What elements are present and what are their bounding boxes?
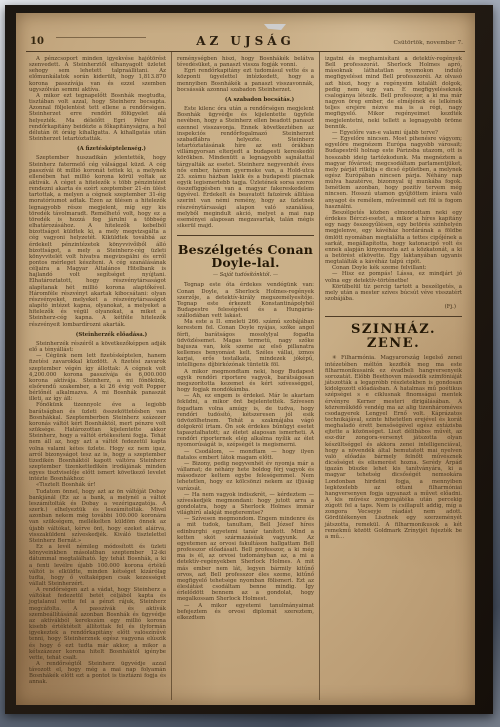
article-paragraph: Steinherzék részéről a következőképpen a… xyxy=(29,341,166,353)
article-paragraph: Körülbelül tíz percig tartott a beszélge… xyxy=(325,284,462,302)
article-paragraph: — A mikor egyetemi tanulmányaimat befeje… xyxy=(177,603,314,621)
column-left: A pénzcsoport minden igyekvése hajótörés… xyxy=(24,52,171,700)
column-divider-rule xyxy=(325,316,462,317)
byline: — Saját tudósítónktól. — xyxy=(177,272,314,278)
article-paragraph: izgatni és meghamisítani a detektív-regé… xyxy=(325,56,462,130)
article-paragraph: — Ha nem vagyok indiszkrét, — kérdeztem … xyxy=(177,492,314,517)
article-paragraph: — Cégünk nem lett fizetésképtelen, hanem… xyxy=(29,353,166,402)
newspaper-page: 10 AZ UJSÁG Csütörtök, november 7. A pén… xyxy=(16,13,475,705)
section-subheading: (A szabadon bocsátás.) xyxy=(205,97,314,103)
article-paragraph: Szeptember huszadikán jelentették, hogy … xyxy=(29,155,166,327)
article-paragraph: — Egyelőre nincsen. Most pihenésre vágyo… xyxy=(325,136,462,210)
article-paragraph: A mikor megmondtam neki, hogy Budapest e… xyxy=(177,369,314,394)
article-paragraph: ✳ Filharmónia. Magyarország legelső zene… xyxy=(325,355,462,540)
article-paragraph: Ma este a II. emeleti 266. számú szobájá… xyxy=(177,319,314,368)
article-paragraph: — Hisz ez pompás! Lássa, ez mindjárt jó … xyxy=(325,271,462,283)
column-divider-rule xyxy=(177,235,314,236)
article-paragraph: Tegnap este óta érdekes vendégünk van: C… xyxy=(177,282,314,319)
article-paragraph: Beszélgetés közben elmondottam neki egy … xyxy=(325,210,462,265)
column-right: izgatni és meghamisítani a detektív-regé… xyxy=(320,52,467,700)
section-title: SZINHÁZ. ZENE. xyxy=(325,323,462,351)
article-paragraph: — Bizony, pedig negyvenhét év nyomja már… xyxy=(177,461,314,492)
article-paragraph: — Szívesen megmondom. Engem mindenre és … xyxy=(177,516,314,602)
article-paragraph: — Ah, ez engem is érdekel. Már le akarta… xyxy=(177,393,314,448)
content-columns: A pénzcsoport minden igyekvése hajótörés… xyxy=(24,52,467,700)
article-paragraph: A rendőrségtől Steinherz ügyvédje azzal … xyxy=(29,661,166,686)
article-paragraph: reménységben hiszi, hogy Bosnhákék belát… xyxy=(177,56,314,68)
article-paragraph: A rendőrségen azt a vádat, hogy Steinher… xyxy=(29,587,166,661)
article-paragraph: A pénzcsoport minden igyekvése hajótörés… xyxy=(29,56,166,93)
article-paragraph: Ez a levél némileg módosított és üzleti … xyxy=(29,544,166,587)
page-header: 10 AZ UJSÁG Csütörtök, november 7. xyxy=(26,25,465,52)
issue-date: Csütörtök, november 7. xyxy=(394,40,463,46)
article-paragraph: Este kilenc óra után a rendőrségen megje… xyxy=(177,106,314,229)
section-subheading: (A fizetésképtelenség.) xyxy=(57,146,166,152)
article-paragraph: Főnökünk tizennyolc éve a legjobb baráts… xyxy=(29,402,166,482)
section-subheading: (Steinherzék előadása.) xyxy=(57,332,166,338)
article-headline: Beszélgetés Conan Doyle-lal. xyxy=(177,243,314,269)
article-paragraph: Tudatom önnel, hogy azt az ön váltóját D… xyxy=(29,489,166,544)
author-signature: (Fj.) xyxy=(325,304,456,310)
column-middle: reménységben hiszi, hogy Bosnhákék belát… xyxy=(171,52,320,700)
article-paragraph: A mikor ezt tegnapelőtt Bosnhák megtudta… xyxy=(29,93,166,142)
article-paragraph: — Csodálom, — mondtam — hogy ilyen fiata… xyxy=(177,449,314,461)
article-paragraph: Egri rendőrkapitány ezt tudomásul vette … xyxy=(177,68,314,93)
